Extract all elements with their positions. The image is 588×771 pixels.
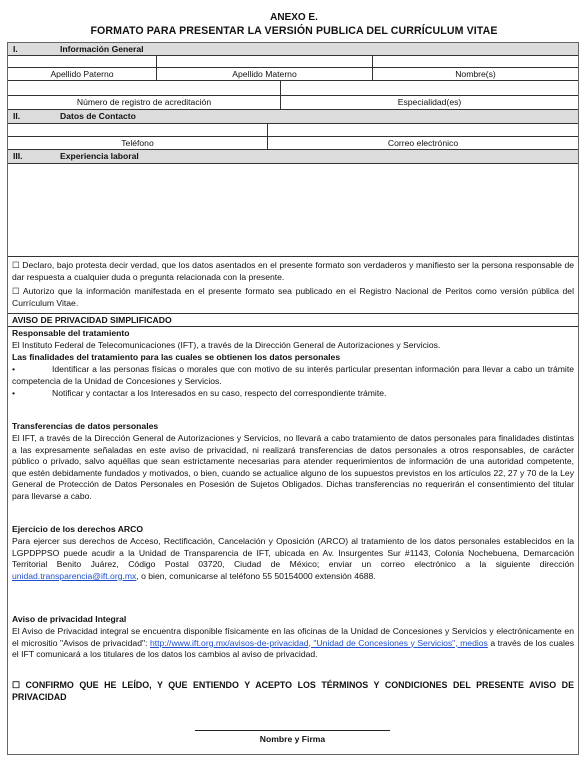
finalidades-title: Las finalidades del tratamiento para las… xyxy=(12,352,574,364)
annex-title: ANEXO E. xyxy=(0,12,588,23)
declarations-block: ☐ Declaro, bajo protesta decir verdad, q… xyxy=(8,257,578,314)
autorizo-text: Autorizo que la información manifestada … xyxy=(12,286,574,308)
finalidad-item: •Identificar a las personas físicas o mo… xyxy=(12,364,574,387)
telefono-label: Teléfono xyxy=(8,137,268,149)
apellido-paterno-label: Apellido Paterno xyxy=(8,68,157,80)
arco-text-after: , o bien, comunicarse al teléfono 55 501… xyxy=(136,571,375,581)
signature-label: Nombre y Firma xyxy=(195,734,390,744)
nombres-label: Nombre(s) xyxy=(373,68,578,80)
declaro-statement: ☐ Declaro, bajo protesta decir verdad, q… xyxy=(12,260,574,283)
section-experiencia-header: III. Experiencia laboral xyxy=(8,150,578,164)
finalidad-item: •Notificar y contactar a los Interesados… xyxy=(12,388,574,400)
bullet-icon: • xyxy=(12,388,52,400)
contact-labels-row: Teléfono Correo electrónico xyxy=(8,137,578,150)
arco-title: Ejercicio de los derechos ARCO xyxy=(12,524,574,536)
section-number: I. xyxy=(13,44,18,54)
registro-labels-row: Número de registro de acreditación Espec… xyxy=(8,96,578,110)
registro-label: Número de registro de acreditación xyxy=(8,96,281,109)
apellido-materno-field[interactable] xyxy=(157,56,373,67)
autorizo-statement: ☐ Autorizo que la información manifestad… xyxy=(12,286,574,309)
section-label: Datos de Contacto xyxy=(60,111,136,121)
especialidad-label: Especialidad(es) xyxy=(281,96,578,109)
avisos-privacidad-link[interactable]: http://www.ift.org.mx/avisos-de-privacid… xyxy=(150,638,488,648)
especialidad-field[interactable] xyxy=(281,81,578,95)
finalidad-text: Identificar a las personas físicas o mor… xyxy=(12,364,574,386)
correo-label: Correo electrónico xyxy=(268,137,578,149)
confirm-statement: ☐ CONFIRMO QUE HE LEÍDO, Y QUE ENTIENDO … xyxy=(12,680,574,703)
autorizo-checkbox[interactable]: ☐ xyxy=(12,286,20,296)
form-frame: I. Información General Apellido Paterno … xyxy=(7,42,579,755)
section-number: III. xyxy=(13,151,23,161)
confirm-text: CONFIRMO QUE HE LEÍDO, Y QUE ENTIENDO Y … xyxy=(12,680,574,702)
section-general-header: I. Información General xyxy=(8,43,578,56)
telefono-field[interactable] xyxy=(8,124,268,136)
nombres-field[interactable] xyxy=(373,56,578,67)
responsable-title: Responsable del tratamiento xyxy=(12,328,574,340)
integral-title-text: Aviso de privacidad Integral xyxy=(12,614,126,624)
finalidad-text: Notificar y contactar a los Interesados … xyxy=(52,388,386,398)
transparencia-email-link[interactable]: unidad.transparencia@ift.org.mx xyxy=(12,571,136,581)
correo-field[interactable] xyxy=(268,124,578,136)
declaro-text: Declaro, bajo protesta decir verdad, que… xyxy=(12,260,574,282)
section-label: Información General xyxy=(60,44,144,54)
section-number: II. xyxy=(13,111,20,121)
section-contacto-header: II. Datos de Contacto xyxy=(8,110,578,124)
declaro-checkbox[interactable]: ☐ xyxy=(12,260,20,270)
transferencias-title: Transferencias de datos personales xyxy=(12,421,574,433)
confirm-checkbox[interactable]: ☐ xyxy=(12,680,20,690)
arco-text: Para ejercer sus derechos de Acceso, Rec… xyxy=(12,536,574,582)
document-title: FORMATO PARA PRESENTAR LA VERSIÓN PUBLIC… xyxy=(0,25,588,37)
bullet-icon: • xyxy=(12,364,52,376)
apellido-paterno-field[interactable] xyxy=(8,56,157,67)
arco-text-before: Para ejercer sus derechos de Acceso, Rec… xyxy=(12,536,574,569)
contact-inputs-row xyxy=(8,124,578,137)
experiencia-field[interactable] xyxy=(8,164,578,257)
privacy-title: AVISO DE PRIVACIDAD SIMPLIFICADO xyxy=(12,315,574,327)
name-inputs-row xyxy=(8,56,578,68)
name-labels-row: Apellido Paterno Apellido Materno Nombre… xyxy=(8,68,578,81)
responsable-text: El Instituto Federal de Telecomunicacion… xyxy=(12,340,574,352)
apellido-materno-label: Apellido Materno xyxy=(157,68,373,80)
privacy-header: AVISO DE PRIVACIDAD SIMPLIFICADO xyxy=(8,314,578,327)
integral-title: Aviso de privacidad Integral xyxy=(12,614,574,626)
section-label: Experiencia laboral xyxy=(60,151,139,161)
signature-line[interactable] xyxy=(195,730,390,731)
integral-text: El Aviso de Privacidad integral se encue… xyxy=(12,626,574,661)
registro-field[interactable] xyxy=(8,81,281,95)
registro-inputs-row xyxy=(8,81,578,96)
transferencias-text: El IFT, a través de la Dirección General… xyxy=(12,433,574,503)
